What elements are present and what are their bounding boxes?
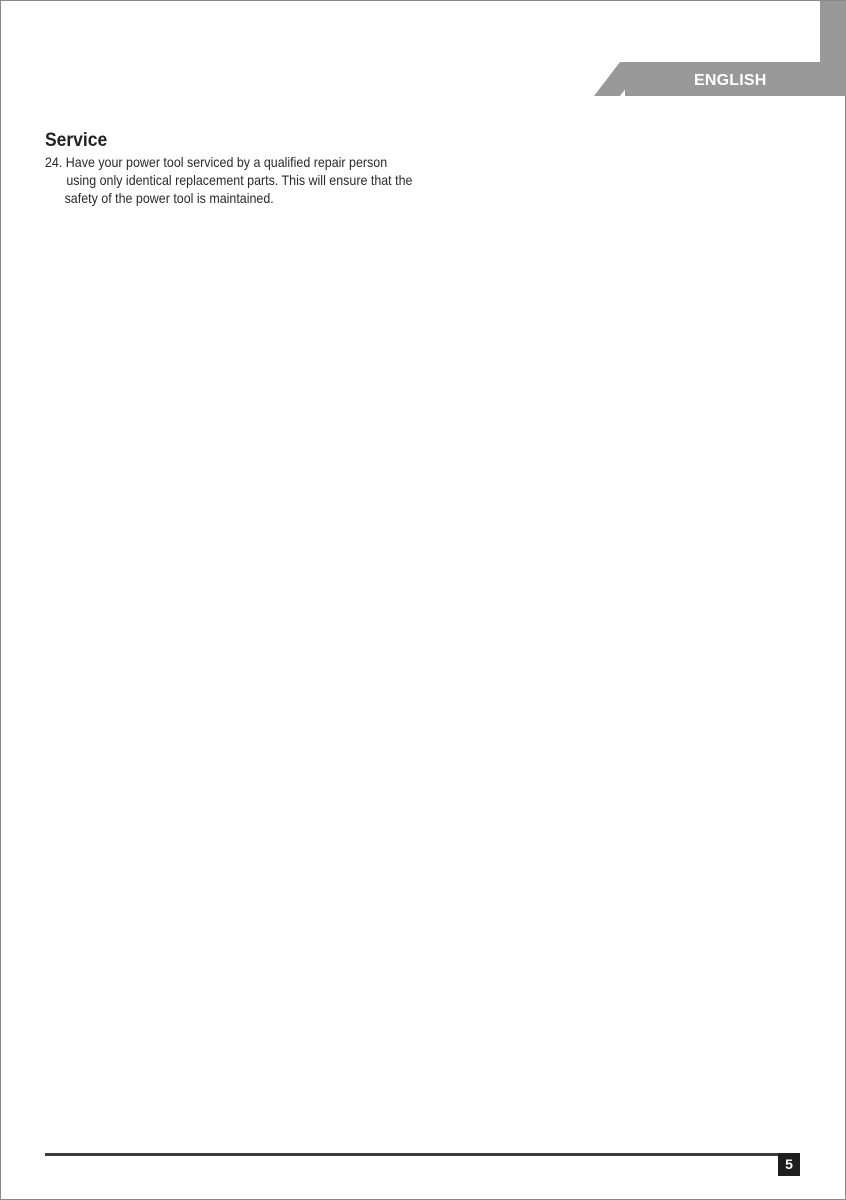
instruction-line: using only identical replacement parts. … <box>45 171 401 189</box>
language-tab-slant-decoration <box>1 1 846 121</box>
language-tab-label: ENGLISH <box>694 72 767 90</box>
footer-rule <box>45 1153 778 1156</box>
section-heading: Service <box>45 130 107 152</box>
page-number: 5 <box>778 1153 800 1176</box>
numbered-instruction: 24. Have your power tool serviced by a q… <box>45 153 401 207</box>
document-page: ENGLISH Service 24. Have your power tool… <box>0 0 846 1200</box>
instruction-line: 24. Have your power tool serviced by a q… <box>45 153 401 171</box>
instruction-line: safety of the power tool is maintained. <box>45 189 401 207</box>
